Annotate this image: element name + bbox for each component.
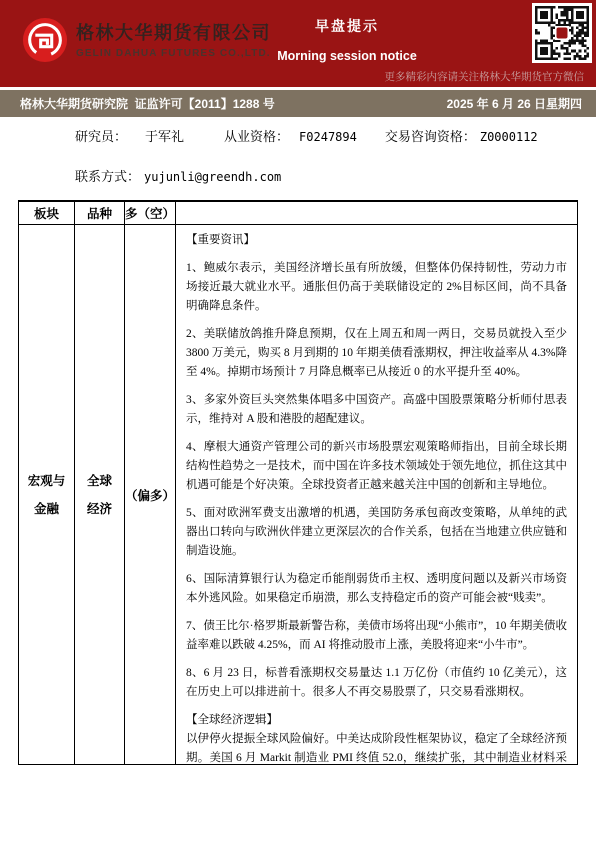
content-paragraph: 2、美联储放鸽推升降息预期，仅在上周五和周一两日，交易员就投入至少 3800 万… [186, 325, 567, 382]
notice-title-cn: 早盘提示 [262, 16, 432, 36]
wechat-follow-note: 更多精彩内容请关注格林大华期货官方微信 [385, 69, 585, 84]
header-content [175, 202, 578, 224]
sector-line: 金融 [34, 495, 59, 523]
company-name-en: GELIN DAHUA FUTURES CO.,LTD. [76, 48, 271, 59]
content-paragraph: 8、6 月 23 日，标普看涨期权交易量达 1.1 万亿份（市值约 10 亿美元… [186, 664, 567, 702]
researcher-name: 于军礼 [145, 126, 184, 145]
report-date: 2025 年 6 月 26 日星期四 [447, 95, 582, 112]
researcher-label: 研究员： [75, 126, 127, 145]
morning-note-table: 板块 品种 多（空） 宏观与 金融 全球 经济 （偏多） 【重要资讯】1、鲍威尔… [18, 200, 578, 765]
advisory-label: 交易咨询资格： [385, 126, 476, 145]
table-header-row: 板块 品种 多（空） [18, 200, 578, 225]
qualification-number: F0247894 [299, 130, 357, 144]
research-institute-license: 格林大华期货研究院 证监许可【2011】1288 号 [20, 95, 275, 112]
header-variety: 品种 [74, 202, 124, 224]
contact-email: yujunli@greendh.com [144, 170, 281, 184]
contact-label: 联系方式： [75, 166, 140, 185]
masthead: 格林大华期货有限公司 GELIN DAHUA FUTURES CO.,LTD. … [0, 0, 596, 87]
header-bias: 多（空） [124, 202, 175, 224]
content-paragraph: 以伊停火提振全球风险偏好。中美达成阶段性框架协议，稳定了全球经济预期。美国 6 … [186, 730, 567, 764]
researcher-info: 研究员： 于军礼 从业资格： F0247894 交易咨询资格： Z0000112… [75, 126, 538, 185]
researcher-line-1: 研究员： 于军礼 从业资格： F0247894 交易咨询资格： Z0000112 [75, 126, 538, 145]
company-logo-icon [22, 17, 68, 63]
notice-title-block: 早盘提示 Morning session notice [262, 16, 432, 63]
sector-line: 宏观与 [28, 467, 66, 495]
researcher-line-2: 联系方式： yujunli@greendh.com [75, 166, 538, 185]
qualification-label: 从业资格： [224, 126, 289, 145]
document-page: 格林大华期货有限公司 GELIN DAHUA FUTURES CO.,LTD. … [0, 0, 596, 842]
header-sector: 板块 [18, 202, 74, 224]
section-heading: 【全球经济逻辑】 [186, 711, 567, 730]
bias-value: （偏多） [125, 486, 175, 504]
content-paragraph: 5、面对欧洲军费支出激增的机遇，美国防务承包商改变策略，从单纯的武器出口转向与欧… [186, 504, 567, 561]
variety-line: 经济 [87, 495, 112, 523]
content-sections: 【重要资讯】1、鲍威尔表示，美国经济增长虽有所放缓，但整体仍保持韧性，劳动力市场… [175, 225, 578, 764]
content-paragraph: 4、摩根大通资产管理公司的新兴市场股票宏观策略师指出，目前全球长期结构性趋势之一… [186, 438, 567, 495]
content-paragraph: 1、鲍威尔表示，美国经济增长虽有所放缓，但整体仍保持韧性，劳动力市场接近最大就业… [186, 259, 567, 316]
variety-cell: 全球 经济 [74, 225, 124, 764]
company-name-block: 格林大华期货有限公司 GELIN DAHUA FUTURES CO.,LTD. [76, 19, 271, 59]
sector-cell: 宏观与 金融 [18, 225, 74, 764]
wechat-qr-code [532, 3, 592, 63]
advisory-number: Z0000112 [480, 130, 538, 144]
section-heading: 【重要资讯】 [186, 231, 567, 250]
content-paragraph: 6、国际清算银行认为稳定币能削弱货币主权、透明度问题以及新兴市场资本外逃风险。如… [186, 570, 567, 608]
table-body-row: 宏观与 金融 全球 经济 （偏多） 【重要资讯】1、鲍威尔表示，美国经济增长虽有… [18, 225, 578, 765]
variety-line: 全球 [87, 467, 112, 495]
license-date-bar: 格林大华期货研究院 证监许可【2011】1288 号 2025 年 6 月 26… [0, 90, 596, 117]
content-paragraph: 7、债王比尔·格罗斯最新警告称，美债市场将出现“小熊市”，10 年期美债收益率难… [186, 617, 567, 655]
notice-title-en: Morning session notice [262, 49, 432, 63]
bias-cell: （偏多） [124, 225, 175, 764]
content-paragraph: 3、多家外资巨头突然集体唱多中国资产。高盛中国股票策略分析师付思表示，维持对 A… [186, 391, 567, 429]
company-name-cn: 格林大华期货有限公司 [76, 19, 271, 45]
